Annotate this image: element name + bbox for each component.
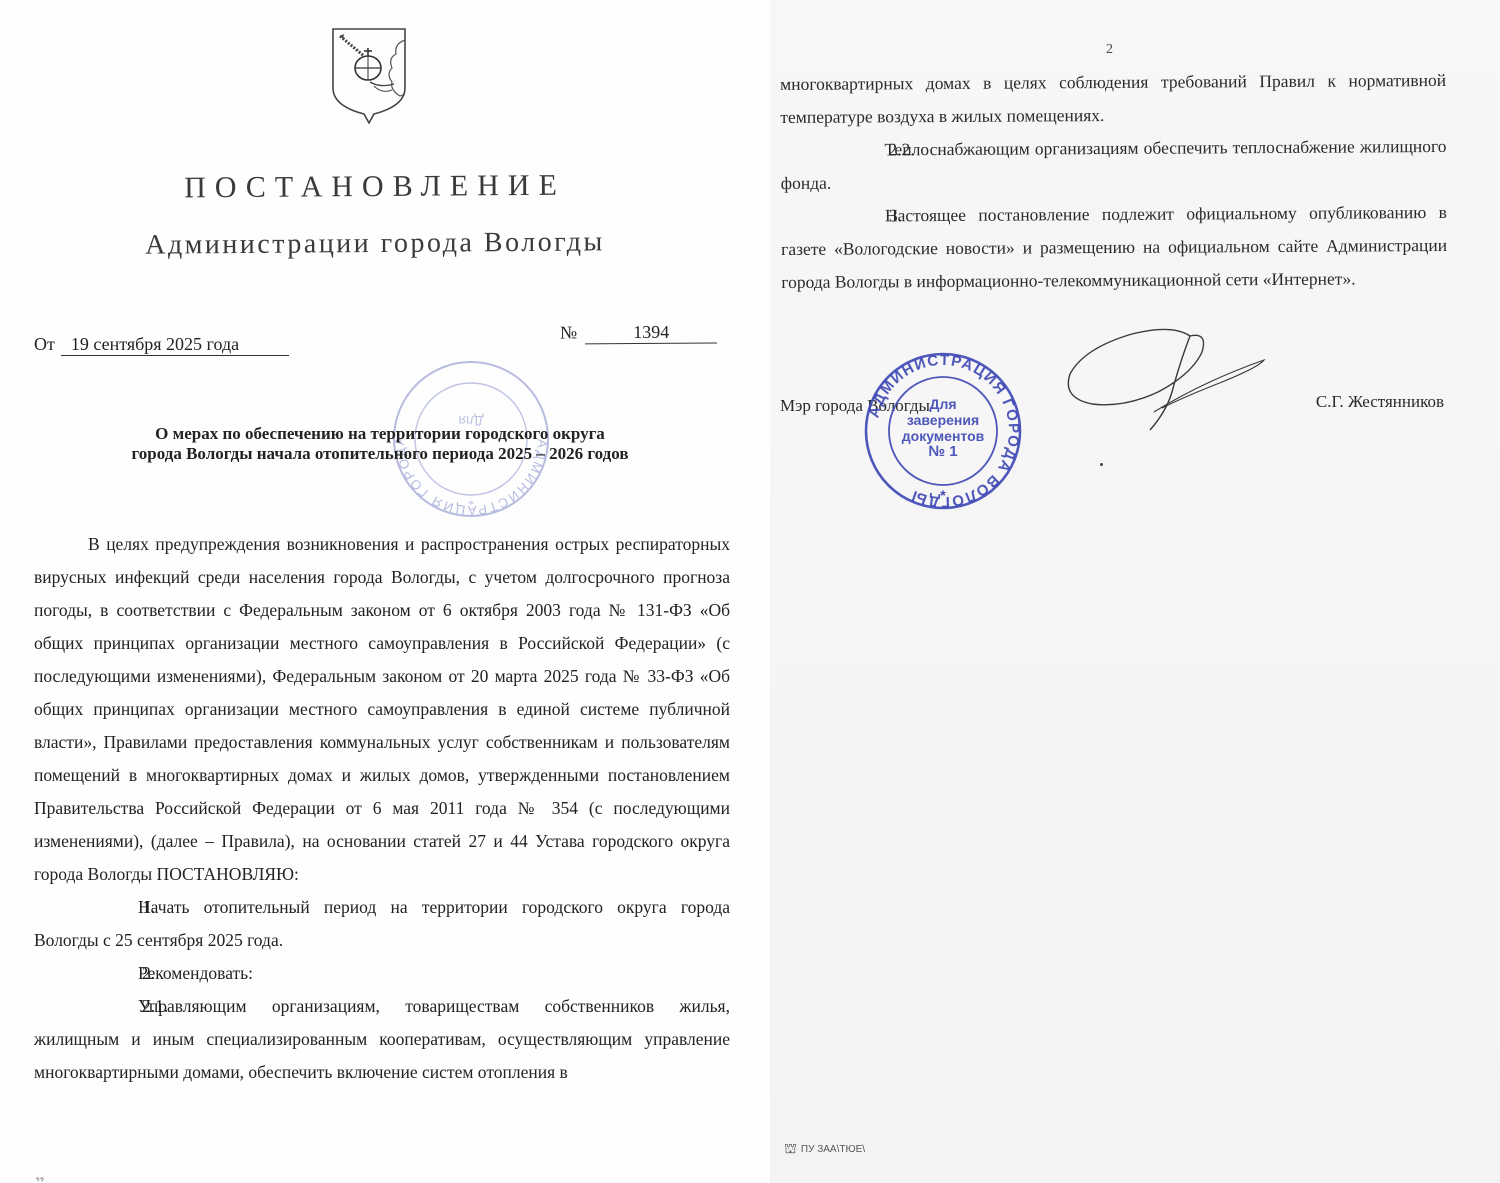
number-field: №1394 <box>560 321 717 344</box>
item-2-2: 2.2.Теплоснабжающим организациям обеспеч… <box>780 130 1446 200</box>
item-text: Управляющим организациям, товариществам … <box>34 996 730 1082</box>
official-seal: АДМИНИСТРАЦИЯ ГОРОДА ВОЛОГДЫ * Для завер… <box>862 350 1024 512</box>
seal-star: * <box>940 487 946 503</box>
item-text: Рекомендовать: <box>138 963 253 983</box>
item-number: 2. <box>88 957 138 990</box>
document-body-continued: многоквартирных домах в целях соблюдения… <box>780 64 1447 299</box>
page-number: 2 <box>1106 42 1113 58</box>
item-number: 2.2. <box>834 133 884 166</box>
handwritten-signature-icon <box>1062 322 1282 442</box>
document-type-heading: ПОСТАНОВЛЕНИЕ <box>0 167 750 206</box>
subject-line-2: города Вологды начала отопительного пери… <box>60 444 700 464</box>
signer-name: С.Г. Жестянников <box>1316 392 1444 412</box>
date-field: От19 сентября 2025 года <box>34 334 289 356</box>
number-sign: № <box>560 322 577 342</box>
scan-corner-mark: ﮩﮩ <box>36 1168 44 1183</box>
item-number: 3. <box>835 199 885 232</box>
item-3: 3.Настоящее постановление подлежит офици… <box>781 196 1448 299</box>
item-2: 2.Рекомендовать: <box>34 957 730 990</box>
document-number: 1394 <box>585 321 717 344</box>
scanner-logo-icon: ⛫ <box>784 1140 797 1159</box>
item-1: 1.Начать отопительный период на территор… <box>34 891 730 957</box>
page-2: 2 многоквартирных домах в целях соблюден… <box>770 0 1500 1183</box>
page-1: ПОСТАНОВЛЕНИЕ Администрации города Волог… <box>0 0 770 1183</box>
svg-text:*: * <box>468 497 474 511</box>
vologda-coat-of-arms-icon <box>330 26 408 124</box>
seal-center-text: Для заверения документов № 1 <box>892 396 994 460</box>
ink-dot <box>1100 463 1103 466</box>
scanner-footer-mark: ⛫ ПУ ЗАА\ТЮЕ\ <box>784 1140 865 1159</box>
document-body: В целях предупреждения возникновения и р… <box>34 528 730 1089</box>
document-subject: О мерах по обеспечению на территории гор… <box>60 424 700 464</box>
issuer-heading: Администрации города Вологды <box>0 225 750 262</box>
document-spread: ПОСТАНОВЛЕНИЕ Администрации города Волог… <box>0 0 1500 1183</box>
item-text: Начать отопительный период на территории… <box>34 897 730 950</box>
date-prefix: От <box>34 334 55 354</box>
footer-mark-text: ПУ ЗАА\ТЮЕ\ <box>801 1144 865 1155</box>
item-number: 2.1. <box>88 990 138 1023</box>
item-2-1: 2.1.Управляющим организациям, товарищест… <box>34 990 730 1089</box>
preamble-paragraph: В целях предупреждения возникновения и р… <box>34 528 730 891</box>
item-number: 1. <box>88 891 138 924</box>
continuation-paragraph: многоквартирных домах в целях соблюдения… <box>780 64 1446 134</box>
subject-line-1: О мерах по обеспечению на территории гор… <box>60 424 700 444</box>
document-date: 19 сентября 2025 года <box>61 334 289 356</box>
